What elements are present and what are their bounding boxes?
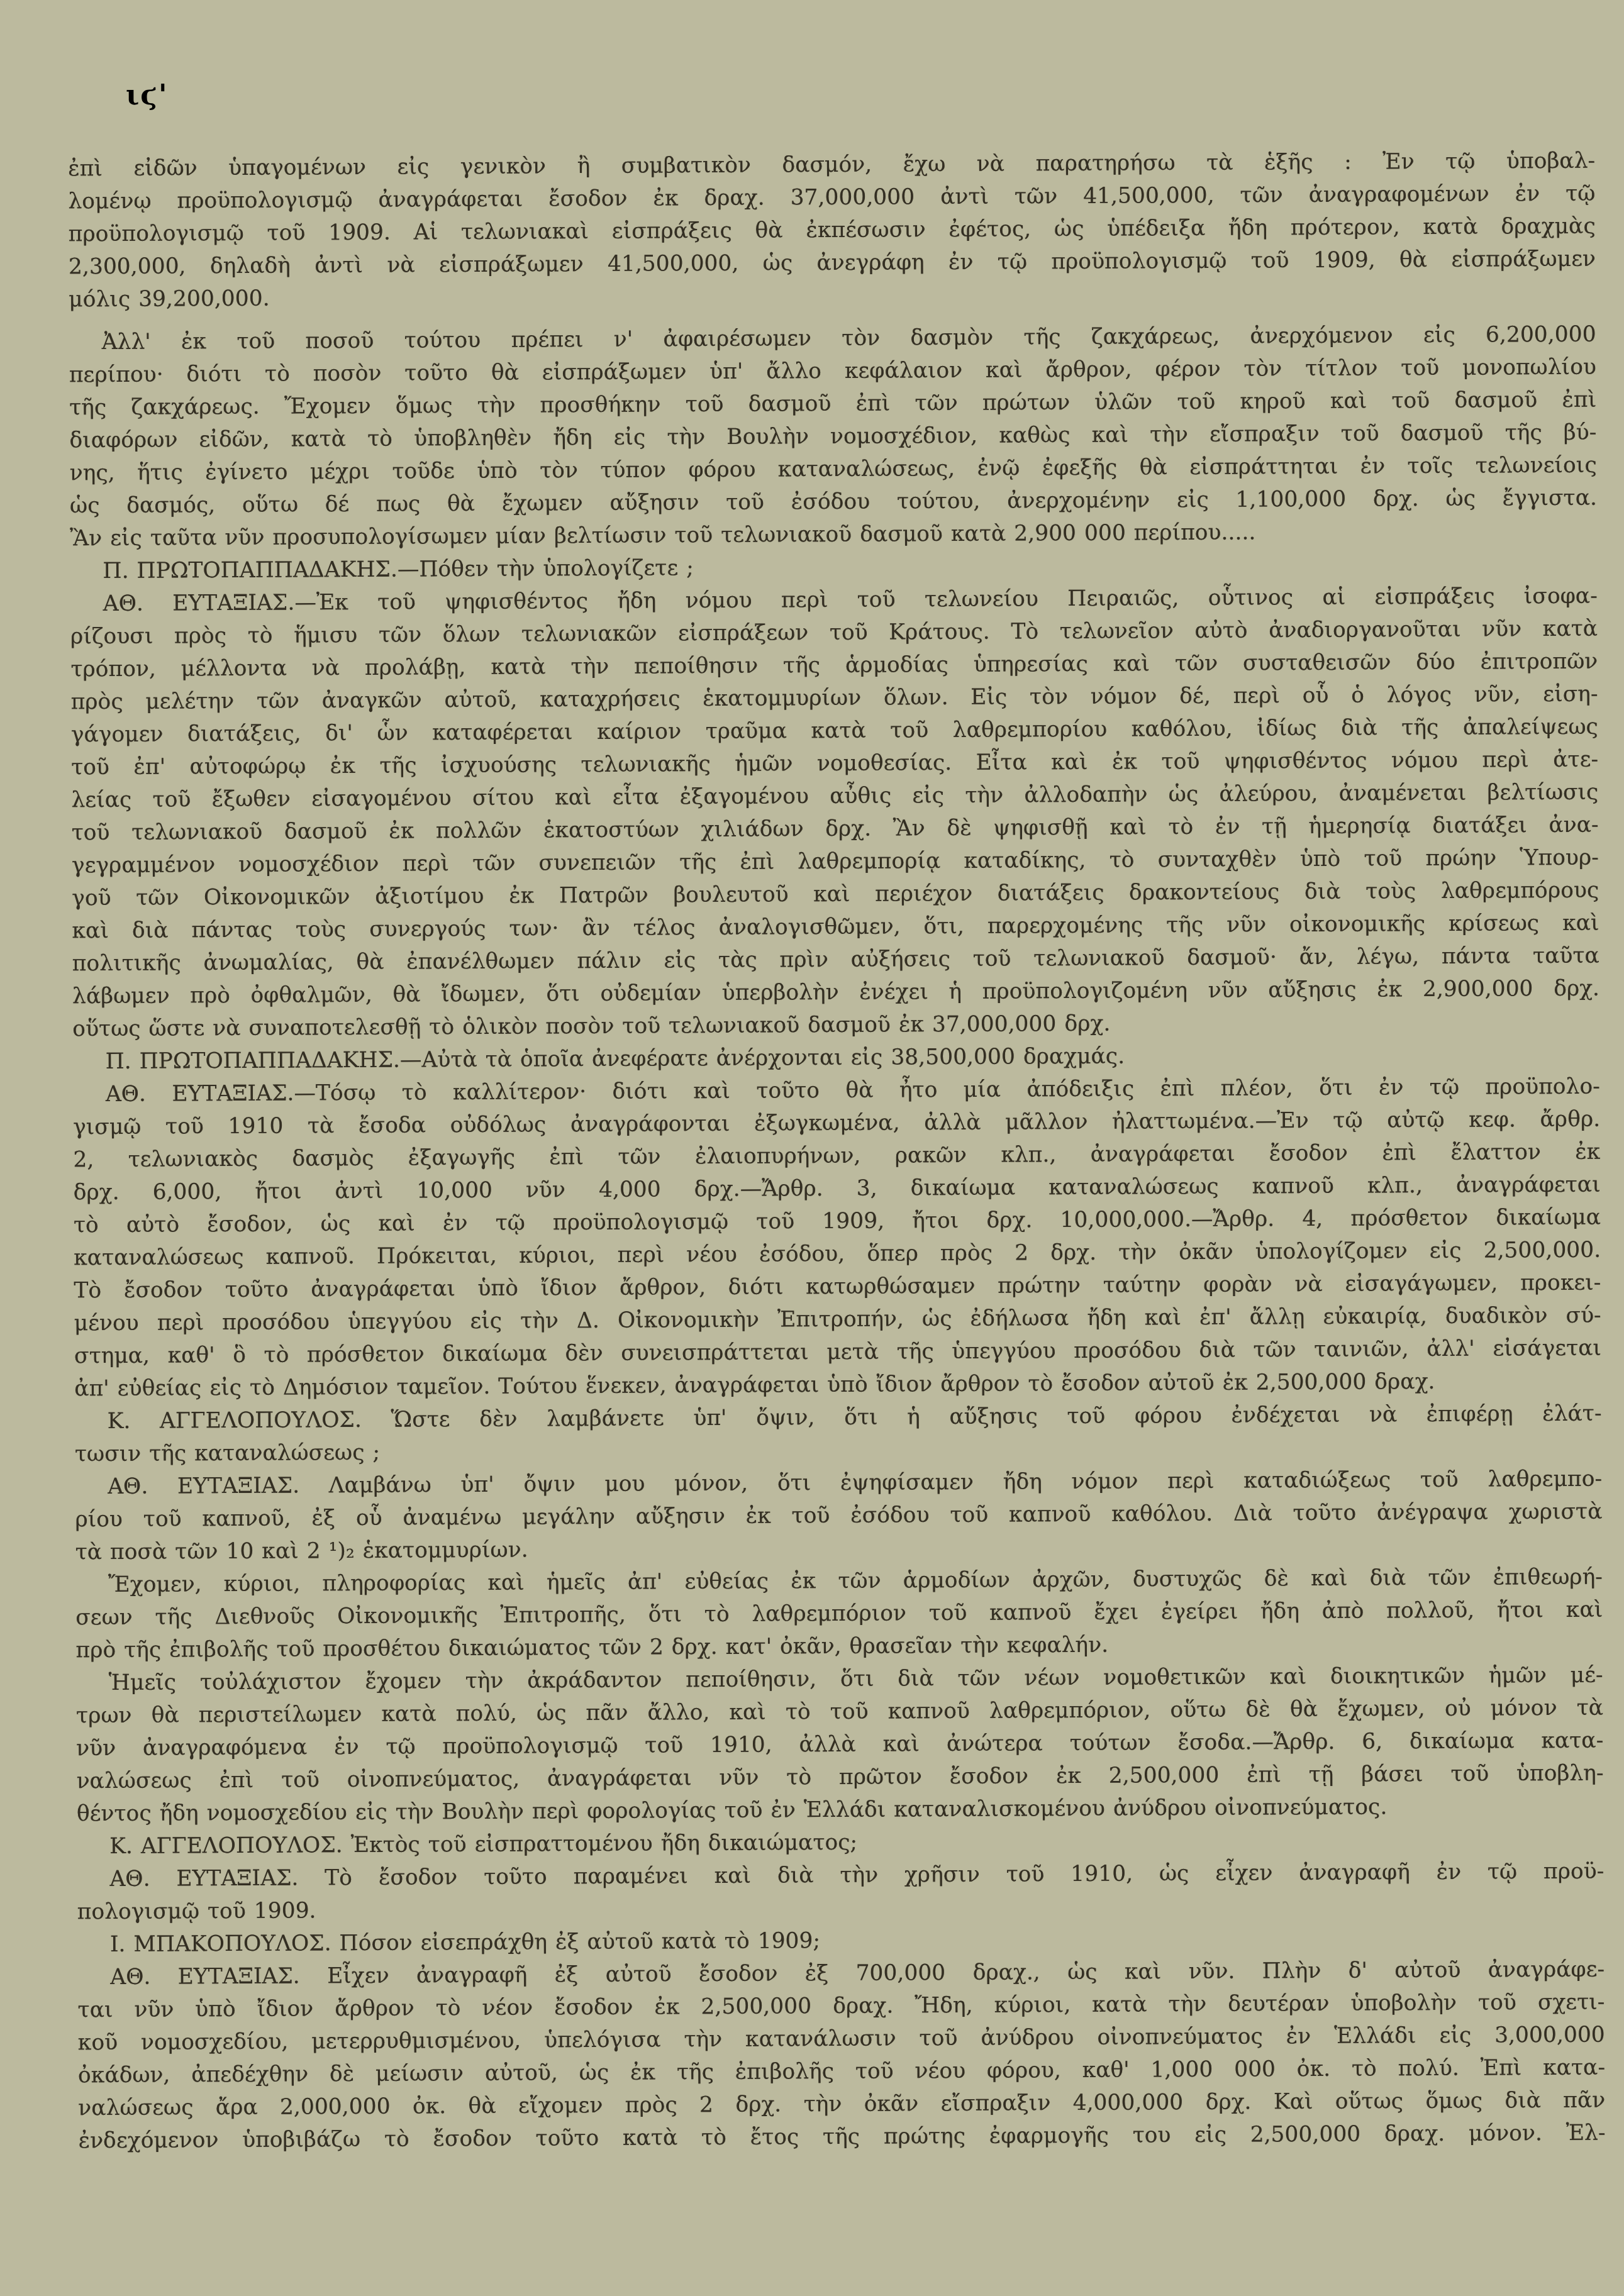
paragraph: ΑΘ. ΕΥΤΑΞΙΑΣ. Εἶχεν ἀναγραφῆ ἐξ αὐτοῦ ἔσ… xyxy=(77,1953,1606,2158)
paragraph: ἐπὶ εἰδῶν ὑπαγομένων εἰς γενικὸν ἢ συμβα… xyxy=(68,145,1596,316)
paragraph: Ἔχομεν, κύριοι, πληροφορίας καὶ ἡμεῖς ἀπ… xyxy=(75,1561,1603,1667)
paragraph: ΑΘ. ΕΥΤΑΞΙΑΣ.—Ἐκ τοῦ ψηφισθέντος ἤδη νόμ… xyxy=(70,580,1600,1046)
scanned-page: ιϛ' ἐπὶ εἰδῶν ὑπαγομένων εἰς γενικὸν ἢ σ… xyxy=(0,0,1624,2296)
paragraph: ΑΘ. ΕΥΤΑΞΙΑΣ. Λαμβάνω ὑπ' ὄψιν μου μόνον… xyxy=(75,1463,1603,1569)
paragraph: Ἀλλ' ἐκ τοῦ ποσοῦ τούτου πρέπει ν' ἀφαιρ… xyxy=(69,318,1597,555)
page-folio-number: ιϛ' xyxy=(126,79,169,111)
paragraph: Κ. ΑΓΓΕΛΟΠΟΥΛΟΣ. Ὥστε δὲν λαμβάνετε ὑπ' … xyxy=(74,1397,1602,1471)
paragraph: Ἡμεῖς τοὐλάχιστον ἔχομεν τὴν ἀκράδαντον … xyxy=(76,1659,1604,1831)
paragraph: ΑΘ. ΕΥΤΑΞΙΑΣ. Τὸ ἔσοδον τοῦτο παραμένει … xyxy=(77,1855,1605,1929)
text-block: ἐπὶ εἰδῶν ὑπαγομένων εἰς γενικὸν ἢ συμβα… xyxy=(68,145,1606,2158)
paragraph: ΑΘ. ΕΥΤΑΞΙΑΣ.—Τόσῳ τὸ καλλίτερον· διότι … xyxy=(73,1070,1602,1406)
